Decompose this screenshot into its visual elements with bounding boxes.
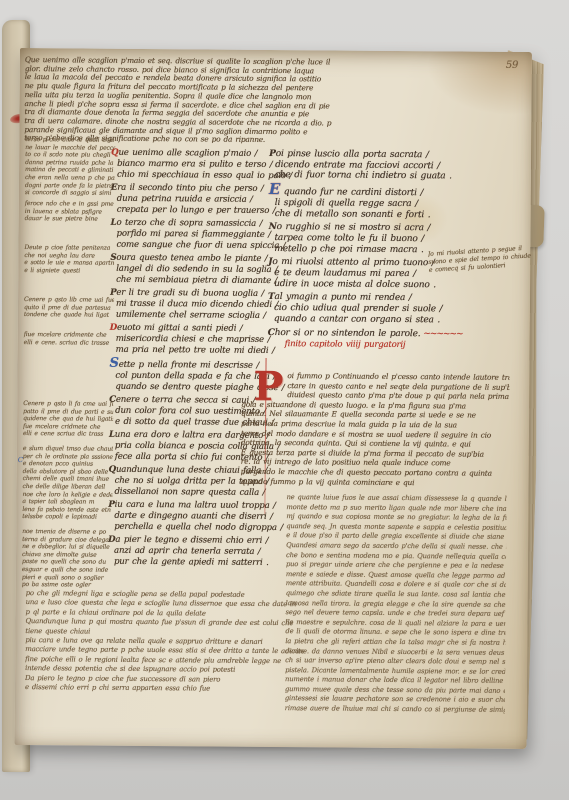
tercet: Poi pinse luscio alla porta sacrata /dic… <box>269 149 469 183</box>
tercet-initial: E <box>269 180 280 198</box>
verse-line: che mi sembiaua pietra di diamante / <box>110 275 272 287</box>
tercet-initial: P <box>108 500 114 510</box>
tercet-initial: S <box>109 356 118 371</box>
red-squiggle-flourish: ~~~~~~ <box>420 329 462 339</box>
tercet-initial: C <box>109 395 116 405</box>
gloss-line: dauar le sue pietre bine <box>25 215 115 223</box>
verse-line: Chor si or no sintendon le parole. ~~~~~… <box>268 328 468 340</box>
margin-gloss-block: terso p che dice le quali chiane lauar l… <box>25 136 115 197</box>
gloss-line: esguar e quili che sona inde <box>22 566 112 574</box>
tercet-initial: D <box>108 535 115 545</box>
verse-line: udire in uoce mista al dolce suono . <box>268 279 468 291</box>
gloss-line: Cenere p qsto li fa cme uai fue <box>23 400 113 408</box>
verse-line: dissellanoi non sapre questa calla / <box>108 487 270 499</box>
tercet-initial: T <box>268 292 275 302</box>
tercet: Lo terzo che di sopra samassiccia /porfi… <box>110 218 272 252</box>
verse-line: chio mi specchiaua in esso qual io paio … <box>111 170 273 182</box>
tercet-initial: L <box>111 218 117 228</box>
gloss-line: telssbe copoli e lapimadi <box>22 513 112 521</box>
verse-line: E quando fur ne cardini distorti / <box>269 184 469 199</box>
tercet-initial: N <box>269 222 277 232</box>
margin-gloss-block: Cenere p qsto li fa cme uai fuepatto il … <box>23 400 113 439</box>
gloss-line: terso p che dice le quali chia <box>25 136 115 144</box>
margin-gloss-block: feroce ndo che e in gssi pmein lauena e … <box>25 200 115 223</box>
gloss-line: feroce ndo che e in gssi pme <box>25 200 115 208</box>
verse-line: che di fuor torna chi indietro si guata … <box>269 170 469 182</box>
verse-line: perchella e quella chel nodo digroppa / <box>108 522 270 534</box>
tercet-initial: P <box>110 288 116 298</box>
verse-line: come sangue che fuor di uena spiccia / <box>110 240 272 252</box>
tercet: Da pier le tegno e dissemi chio erri /an… <box>108 535 270 569</box>
gloss-line: noe tmenia de diserne e po <box>22 528 112 536</box>
verse-line: quando a cantar con organo si stea . <box>268 314 468 326</box>
tercet-initial: J <box>268 257 272 267</box>
right-verse-column: Poi pinse luscio alla porta sacrata /dic… <box>268 149 470 343</box>
gloss-line: e li signiete questi <box>24 267 114 275</box>
left-margin-glosses: terso p che dice le quali chiane lauar l… <box>26 48 116 49</box>
gloss-line: tondene che quade hui ligat <box>24 311 114 319</box>
commentary-line: rimase auere de lhuiue mai chi si cando … <box>285 704 505 715</box>
tercet: Era il secondo tinto piu che perso /duna… <box>111 183 273 217</box>
margin-gloss-block: noe tmenia de diserne e poterna di gradu… <box>22 528 112 589</box>
gloss-line: che eran nella uena p che patri <box>25 174 115 182</box>
tercet-initial: Q <box>109 465 116 475</box>
tercet: Tal ymagin a punto mi rendea /cio chio u… <box>268 292 468 326</box>
tercet: Per li tre gradi su di buona uoglia /mi … <box>110 288 272 322</box>
illuminated-initial-p: P <box>253 367 283 407</box>
verse-line: umilemente chel serrame scioglia / <box>110 310 272 322</box>
gloss-line: e slum diquel tmso due chaut p <box>23 445 113 453</box>
blue-paragraph-mark: C <box>18 456 23 464</box>
tercet: Deuoto mi gittai a santi piedi /miserico… <box>110 323 272 357</box>
explicit-rubric: finito capitolo viiij purgatorij <box>285 339 406 350</box>
tercet: Piu cara e luna ma laltra uuol troppa /d… <box>108 500 270 534</box>
margin-gloss-block: Deute p cioe fatte penitenzache noi uegh… <box>24 244 114 275</box>
gloss-line: Cenere p qsto lib cme uai fue <box>24 296 114 304</box>
tercet-initial: P <box>269 149 276 159</box>
verse-line: ma pria nel petto tre uolte mi diedi / <box>110 345 272 357</box>
photograph-background: 59 Que uenimo alle scaglion p'maio et se… <box>0 0 569 800</box>
verse-line: che di metallo son sonanti e forti . <box>269 208 469 220</box>
tercet-initial: E <box>111 183 117 193</box>
verse-line: crepata per lo lungo e per trauerso / <box>111 205 273 217</box>
margin-gloss-block: e slum diquel tmso due chaut pper ch le … <box>22 445 113 522</box>
bottom-right-commentary-block: ne quante luiue fuos le aue assai chiam … <box>285 493 507 715</box>
canto-x-commentary-block: P oi fummo p Continuando el p'cesso cant… <box>241 371 510 488</box>
gloss-line: Deute p cioe fatte penitenza <box>24 244 114 252</box>
right-margin-gloss: Jo mi riuolsi attento p segue ilsuono e … <box>428 244 533 274</box>
tercet: E quando fur ne cardini distorti /li spi… <box>269 184 469 221</box>
tercet: Que uenimo alle scaglion p'maio /bianco … <box>111 148 273 182</box>
gloss-line: fiue mcelare cridmente che <box>24 331 114 339</box>
top-commentary-block: Que uenimo alle scaglion p'maio et seq. … <box>24 56 511 147</box>
gloss-line: che delle dilige liberan dell <box>23 483 113 491</box>
tercet: Chor si or no sintendon le parole. ~~~~~… <box>268 328 468 340</box>
tercet-initial: S <box>110 253 116 263</box>
manuscript-page: 59 Que uenimo alle scaglion p'maio et se… <box>15 48 532 749</box>
tercet-initial: L <box>109 430 115 440</box>
tercet-initial: Q <box>111 148 118 158</box>
gloss-line: elli e cene scriua dic trass <box>23 430 113 438</box>
verse-line: pur che la gente apiedi mi satterri . <box>108 557 270 569</box>
gloss-line: si concorde di saggio si simi <box>25 189 115 197</box>
left-verse-column: Que uenimo alle scaglion p'maio /bianco … <box>108 148 273 571</box>
gloss-line: elli e cene. scriua dic trasse <box>24 339 114 347</box>
tercet-initial: C <box>268 328 275 338</box>
tercet-initial: D <box>110 323 117 333</box>
margin-gloss-block: Cenere p qsto lib cme uai fuequito il pm… <box>24 296 114 319</box>
tercet: Soura questo tenea ambo le piante /lange… <box>110 253 272 287</box>
margin-gloss-block: fiue mcelare cridmente cheelli e cene. s… <box>24 331 114 347</box>
